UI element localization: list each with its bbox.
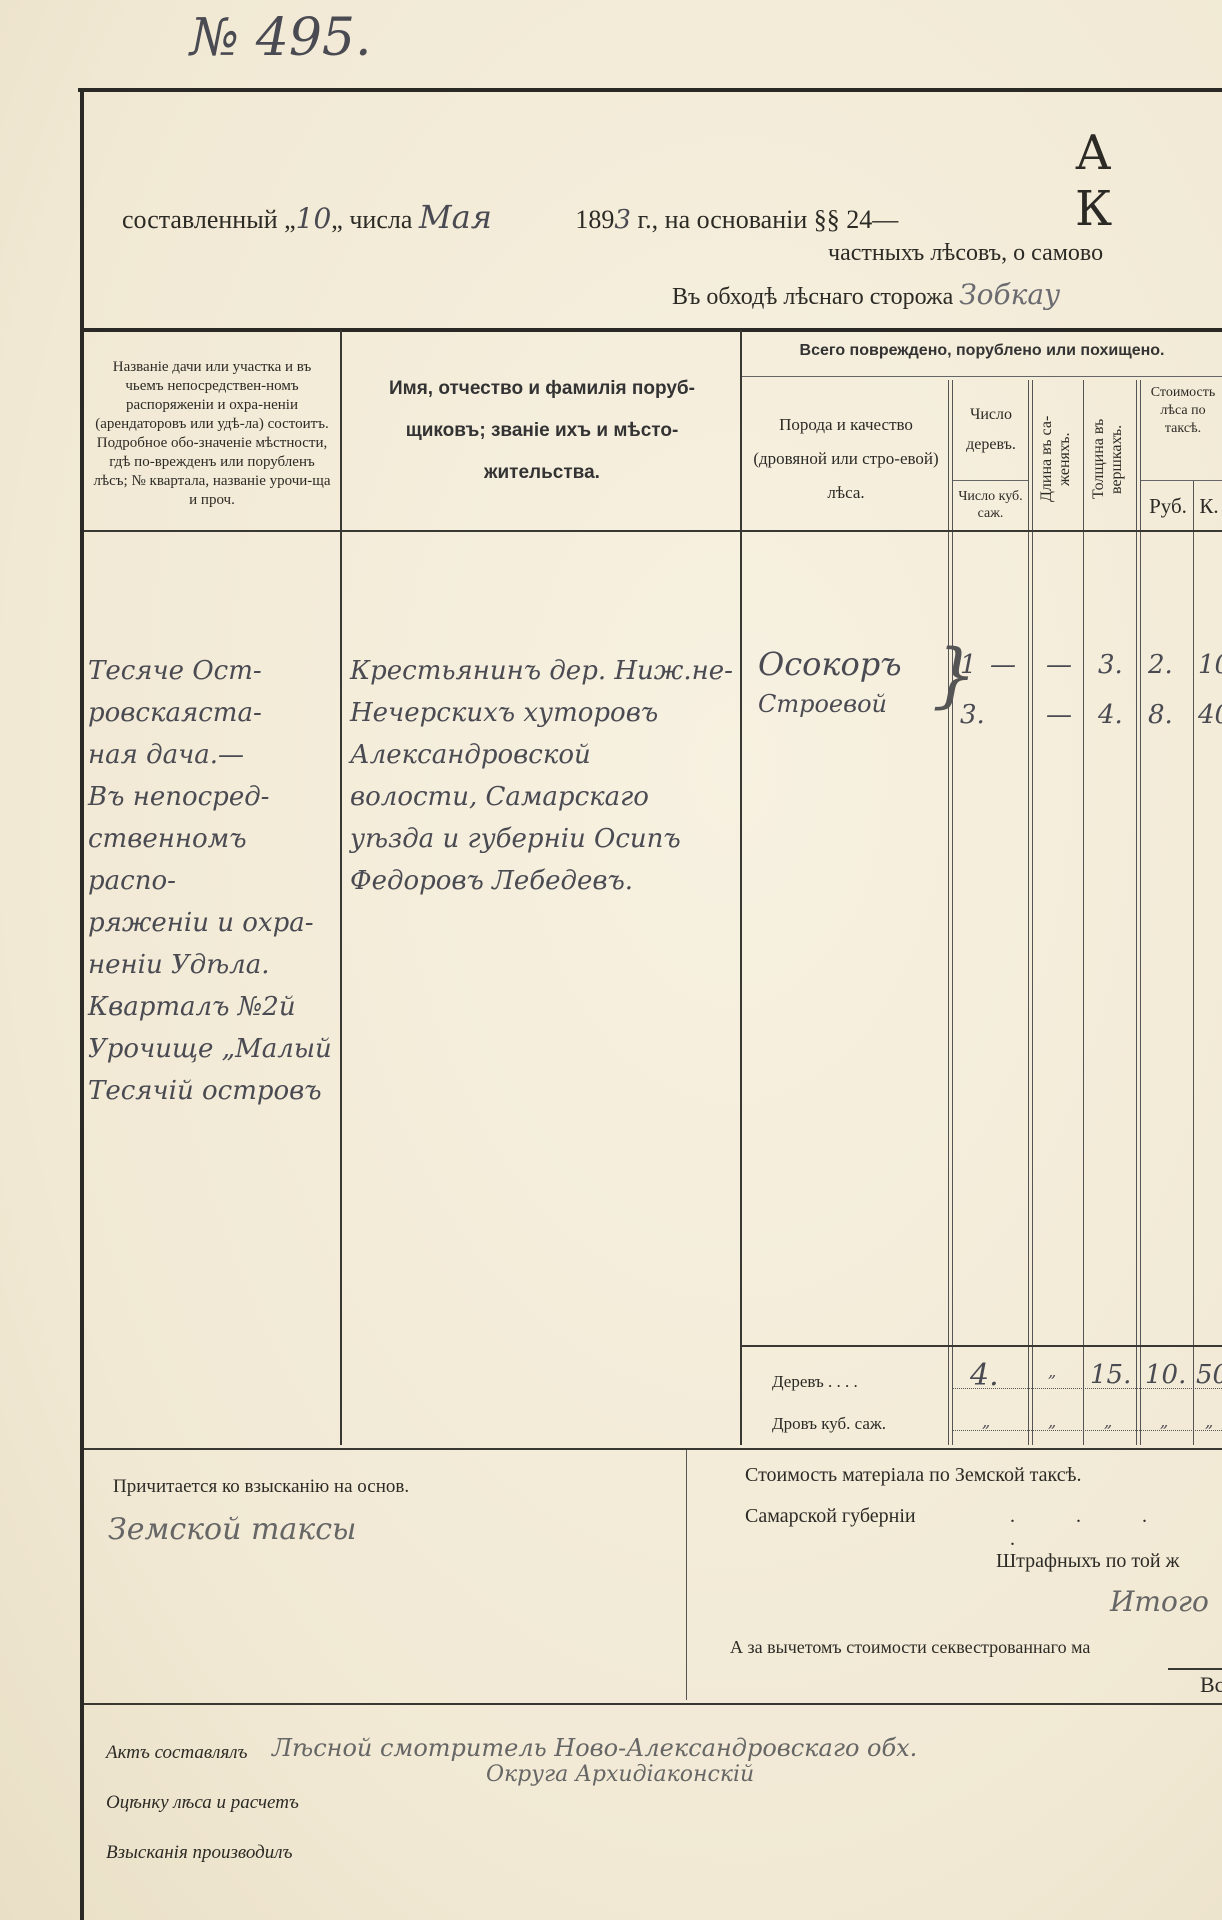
intro-line-3: Въ обходѣ лѣснаго сторожа Зобкау: [672, 278, 1060, 311]
location-line: ная дача.—: [88, 734, 338, 776]
collect-label: Причитается ко взысканiю на основ.: [113, 1476, 409, 1498]
watchman-value: Зобкау: [959, 278, 1060, 311]
footer-divider: [686, 1450, 687, 1700]
firewood-length: „: [1048, 1412, 1056, 1431]
header-offender: Имя, отчество и фамилiя поруб-щиковъ; зв…: [352, 368, 732, 494]
group-header-divider: [742, 376, 1222, 377]
year-prefix: 189: [575, 205, 614, 234]
col-divider-3: [948, 380, 949, 1445]
total-hand: Итого: [1110, 1585, 1209, 1618]
location-line: Кварталъ №2й: [88, 986, 338, 1028]
totals-firewood-dotline: [953, 1430, 1222, 1431]
species-value-1: Осокоръ: [758, 645, 902, 683]
location-line: ряженiи и охра-: [88, 902, 338, 944]
header-species: Порода и качество (дровяной или стро-ево…: [748, 408, 944, 510]
entry-1-thickness: 3.: [1098, 650, 1123, 680]
offender-line: Александровской: [350, 734, 740, 776]
col-divider-6: [1136, 380, 1137, 1445]
entry-2-trees: 3.: [960, 700, 985, 730]
header-cub-sazh: Число куб. саж.: [953, 488, 1028, 522]
collection-label: Взысканiя производилъ: [106, 1842, 292, 1864]
total-kop: 50.: [1196, 1360, 1222, 1390]
offender-line: Федоровъ Лебедевъ.: [350, 860, 740, 902]
day-value: 10: [296, 202, 332, 235]
entry-1-kop: 10.: [1198, 650, 1222, 680]
total-thickness: 15.: [1090, 1360, 1131, 1390]
header-trees-count: Число деревъ.: [955, 400, 1027, 460]
deduct-label: А за вычетомъ стоимости секвестрованнаго…: [730, 1637, 1090, 1658]
cost-subdivider: [1141, 480, 1222, 481]
firewood-kop: „: [1205, 1412, 1213, 1431]
entry-1-length: —: [1046, 650, 1072, 680]
col-divider-5: [1083, 380, 1084, 1445]
col-divider-1: [340, 330, 342, 1445]
document-title: А К: [1075, 125, 1222, 237]
firewood-rub: „: [1160, 1412, 1168, 1431]
total-rub: 10.: [1145, 1360, 1186, 1390]
deduct-underline: [1168, 1668, 1222, 1670]
total-trees: 4.: [970, 1358, 999, 1393]
province-dots: . . . .: [1010, 1505, 1222, 1551]
composed-value: Лѣсной смотритель Ново-Александровскаго …: [272, 1734, 917, 1762]
header-group: Всего повреждено, порублено или похищено…: [742, 342, 1222, 360]
day-label: числа: [349, 205, 412, 234]
province-label: Самарской губернiи: [745, 1505, 916, 1528]
col-divider-4: [1028, 380, 1029, 1445]
month-value: Мая: [419, 198, 569, 236]
entry-2-length: —: [1046, 700, 1072, 730]
entry-1-trees: 1: [960, 650, 977, 680]
totals-trees-label: Деревъ . . . .: [772, 1372, 858, 1392]
header-location: Названiе дачи или участка и въ чьемъ неп…: [92, 358, 332, 510]
document-number: № 495.: [190, 8, 372, 68]
footer-top-border: [84, 1448, 1222, 1450]
entry-2-thickness: 4.: [1098, 700, 1123, 730]
composed-label: составленный: [122, 205, 278, 234]
row-location: Тесячe Ост- ровскаяcтa- ная дача.— Въ не…: [88, 650, 338, 1112]
intro-line: составленный „10„ числа Мая 1893 г., на …: [122, 198, 898, 236]
col-divider-6b: [1140, 380, 1141, 1445]
col-divider-7: [1193, 480, 1194, 1445]
offender-line: Нечерскихъ хуторовъ: [350, 692, 740, 734]
entry-1-cub: —: [990, 650, 1016, 680]
collect-value: Земской таксы: [108, 1512, 356, 1547]
total-length: „: [1048, 1362, 1056, 1381]
composed-value-2: Округа Архидiаконскiй: [486, 1762, 754, 1787]
header-bottom-border: [84, 530, 1222, 532]
watchman-label: Въ обходѣ лѣснаго сторожа: [672, 284, 953, 310]
totals-firewood-label: Дровъ куб. саж.: [772, 1414, 886, 1434]
year-suffix: 3: [614, 205, 631, 235]
fines-label: Штрафныхъ по той ж: [996, 1550, 1179, 1573]
location-line: ровскаяcтa-: [88, 692, 338, 734]
header-length: Длина въ са-женяхъ.: [1038, 392, 1078, 526]
entry-2-kop: 40.: [1198, 700, 1222, 730]
col-divider-2: [740, 330, 742, 1445]
year-label: г., на основанiи §§ 24—: [637, 205, 898, 234]
document-page: № 495. А К составленный „10„ числа Мая 1…: [0, 0, 1222, 1920]
location-line: ственномъ распо-: [88, 818, 338, 902]
trees-subdivider: [953, 480, 1028, 481]
frame-left-border: [80, 88, 84, 1920]
header-rub: Руб.: [1143, 494, 1193, 519]
cost-label: Стоимость матерiала по Земской таксѣ.: [745, 1464, 1081, 1487]
location-line: Въ непосред-: [88, 776, 338, 818]
entry-1-rub: 2.: [1148, 650, 1173, 680]
table-top-border: [84, 328, 1222, 332]
signatures-top-border: [84, 1703, 1222, 1705]
firewood-thickness: „: [1104, 1412, 1112, 1431]
offender-line: волости, Самарскаго: [350, 776, 740, 818]
location-line: Урочище „Малый: [88, 1028, 338, 1070]
header-kop: К.: [1196, 494, 1222, 519]
location-line: Тесячiй островъ: [88, 1070, 338, 1112]
col-divider-4b: [1032, 380, 1033, 1445]
header-cost: Стоимость лѣса по таксѣ.: [1143, 384, 1222, 438]
composed-label: Актъ составлялъ: [106, 1742, 247, 1764]
species-value-2: Строевой: [758, 690, 887, 718]
offender-line: Крестьянинъ дер. Ниж.не-: [350, 650, 740, 692]
header-thickness: Толщина въ вершкахъ.: [1090, 392, 1130, 526]
location-line: Тесячe Ост-: [88, 650, 338, 692]
offender-line: уѣзда и губернiи Осипъ: [350, 818, 740, 860]
entry-2-rub: 8.: [1148, 700, 1173, 730]
col-divider-3b: [952, 380, 953, 1445]
frame-top-border: [78, 88, 1222, 92]
row-offender: Крестьянинъ дер. Ниж.не- Нечерскихъ хуто…: [350, 650, 740, 902]
intro-line-2: частныхъ лѣсовъ, о самово: [828, 240, 1103, 267]
location-line: ненiи Удѣла.: [88, 944, 338, 986]
firewood-trees: „: [982, 1412, 990, 1431]
estimate-label: Оцѣнку лѣса и расчетъ: [106, 1792, 299, 1814]
all-label: Вс: [1200, 1672, 1222, 1698]
totals-top-border: [742, 1345, 1222, 1347]
